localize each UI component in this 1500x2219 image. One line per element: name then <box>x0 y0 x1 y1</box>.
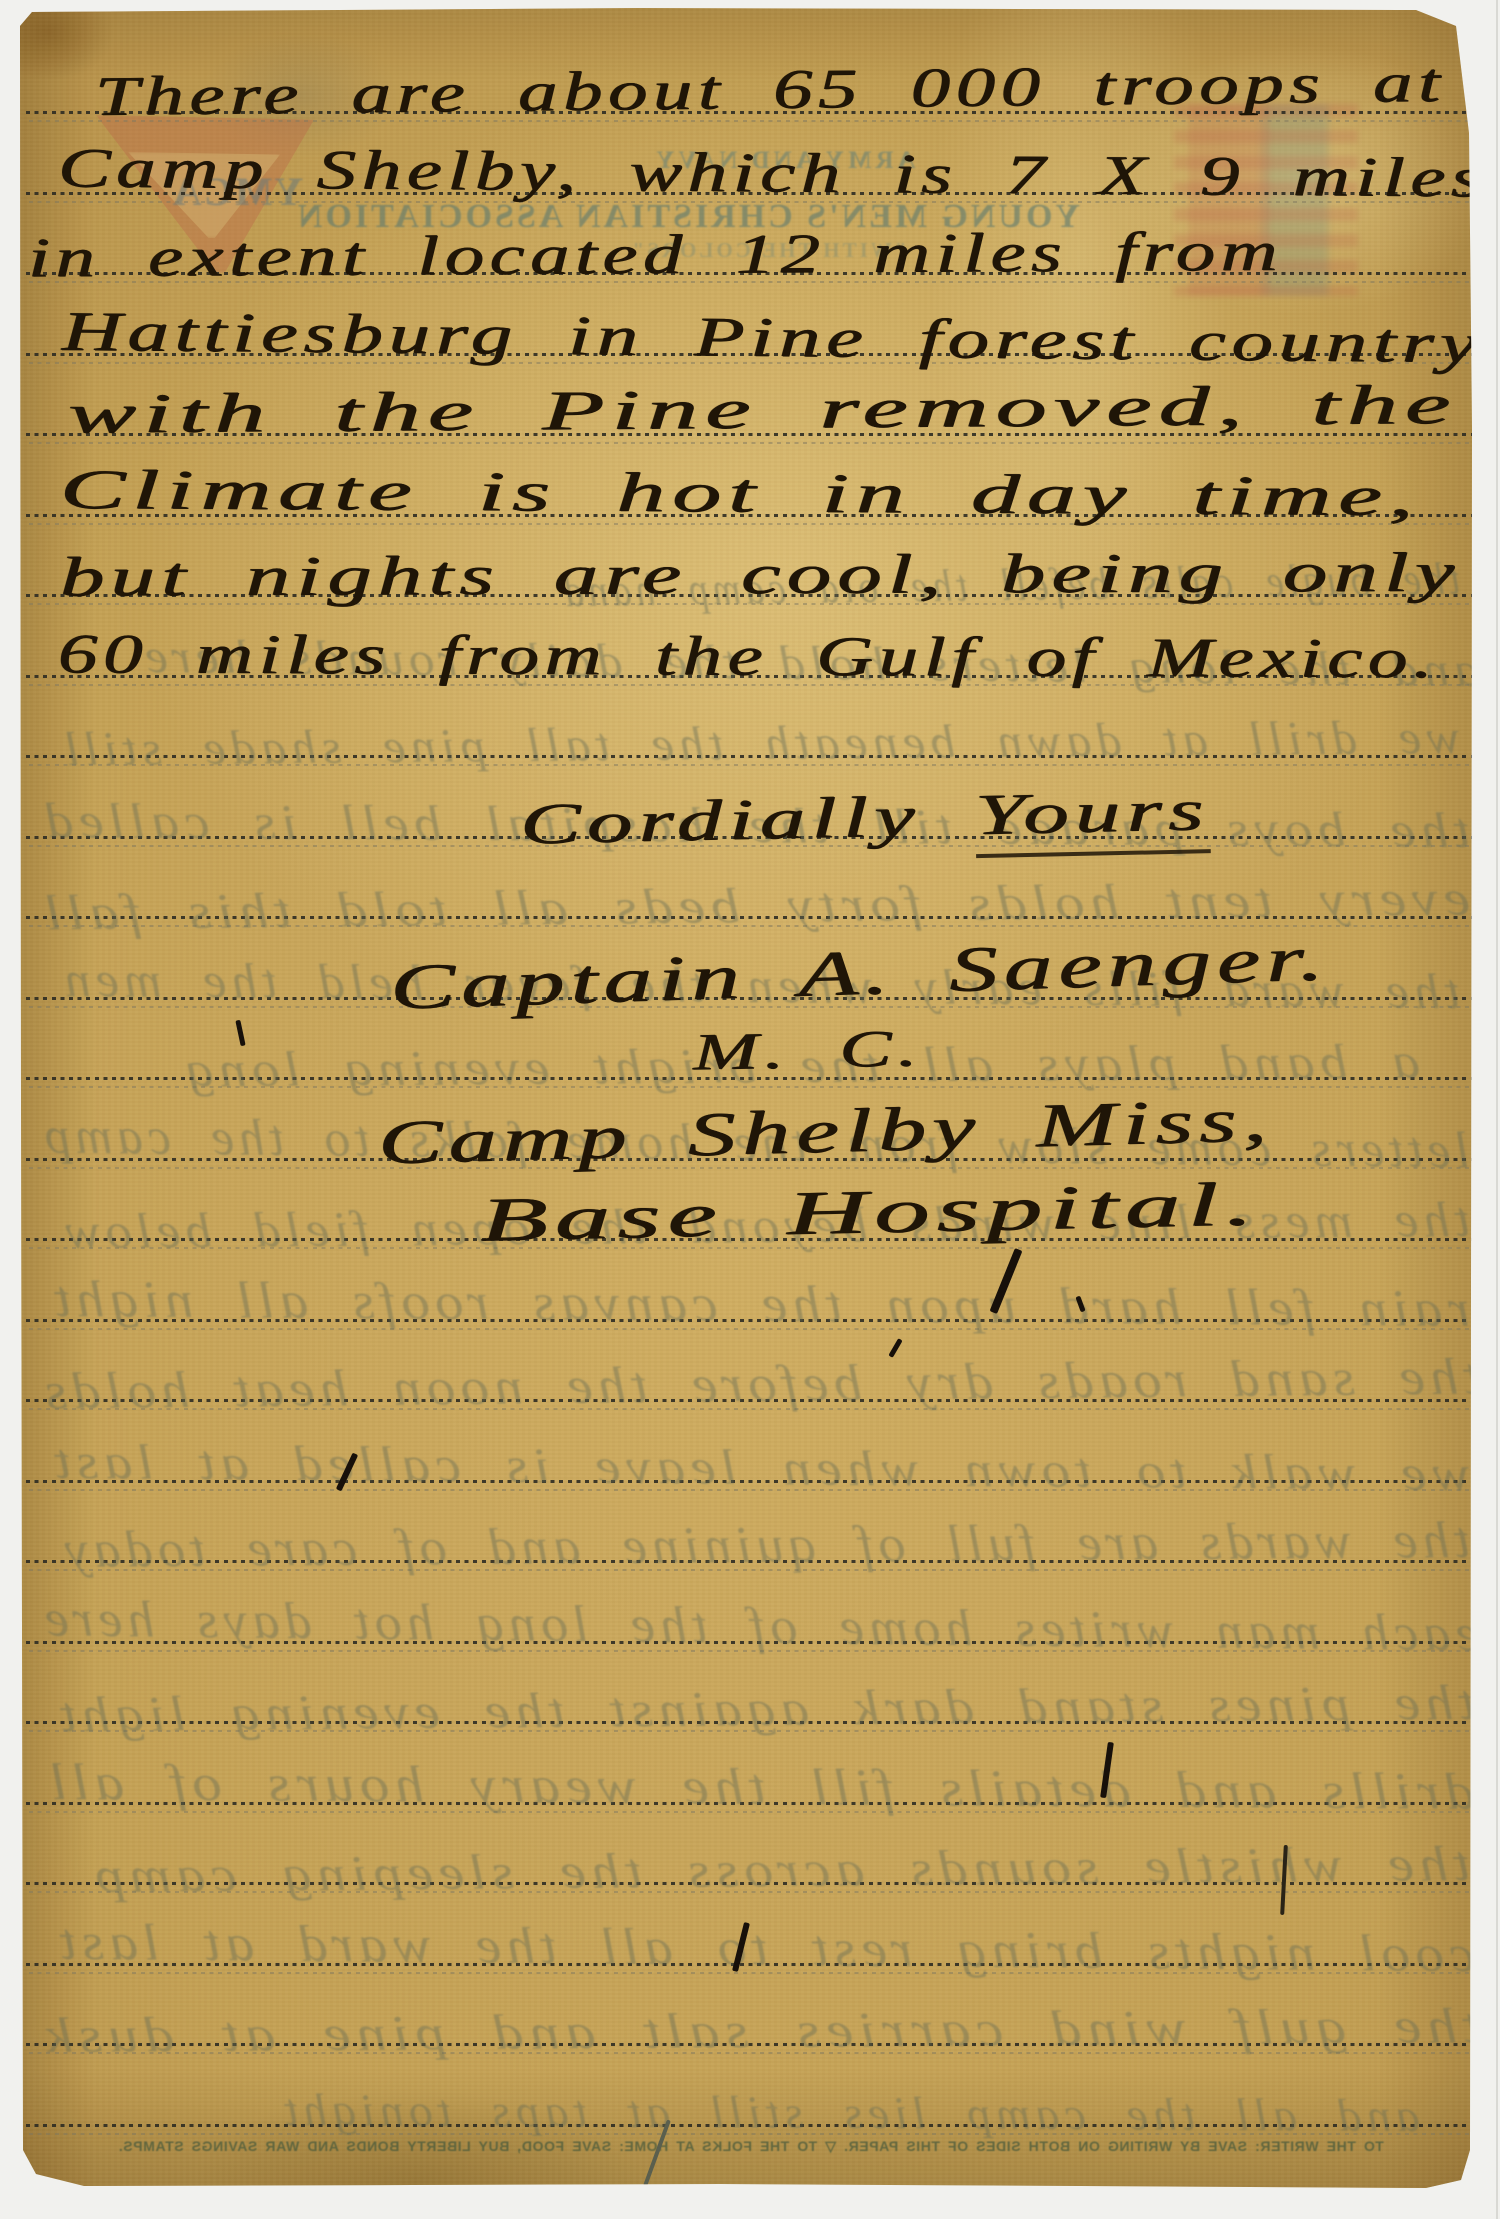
ink-speck <box>990 1248 1023 1314</box>
ink-specks-layer <box>0 0 1500 2219</box>
ink-speck <box>1075 1296 1085 1313</box>
ink-speck <box>235 1020 245 1046</box>
letter-page: YMCA ARMY AND NAVY YOUNG MEN'S CHRISTIAN… <box>20 8 1490 2194</box>
ink-speck <box>1280 1845 1288 1915</box>
ink-speck <box>1100 1742 1114 1798</box>
ink-speck <box>336 1453 358 1492</box>
scanned-letter-background: YMCA ARMY AND NAVY YOUNG MEN'S CHRISTIAN… <box>0 0 1500 2219</box>
ink-speck <box>643 2119 671 2186</box>
ink-speck <box>888 1338 902 1358</box>
scan-edge-line <box>1496 0 1498 2219</box>
ink-speck <box>732 1922 750 1972</box>
